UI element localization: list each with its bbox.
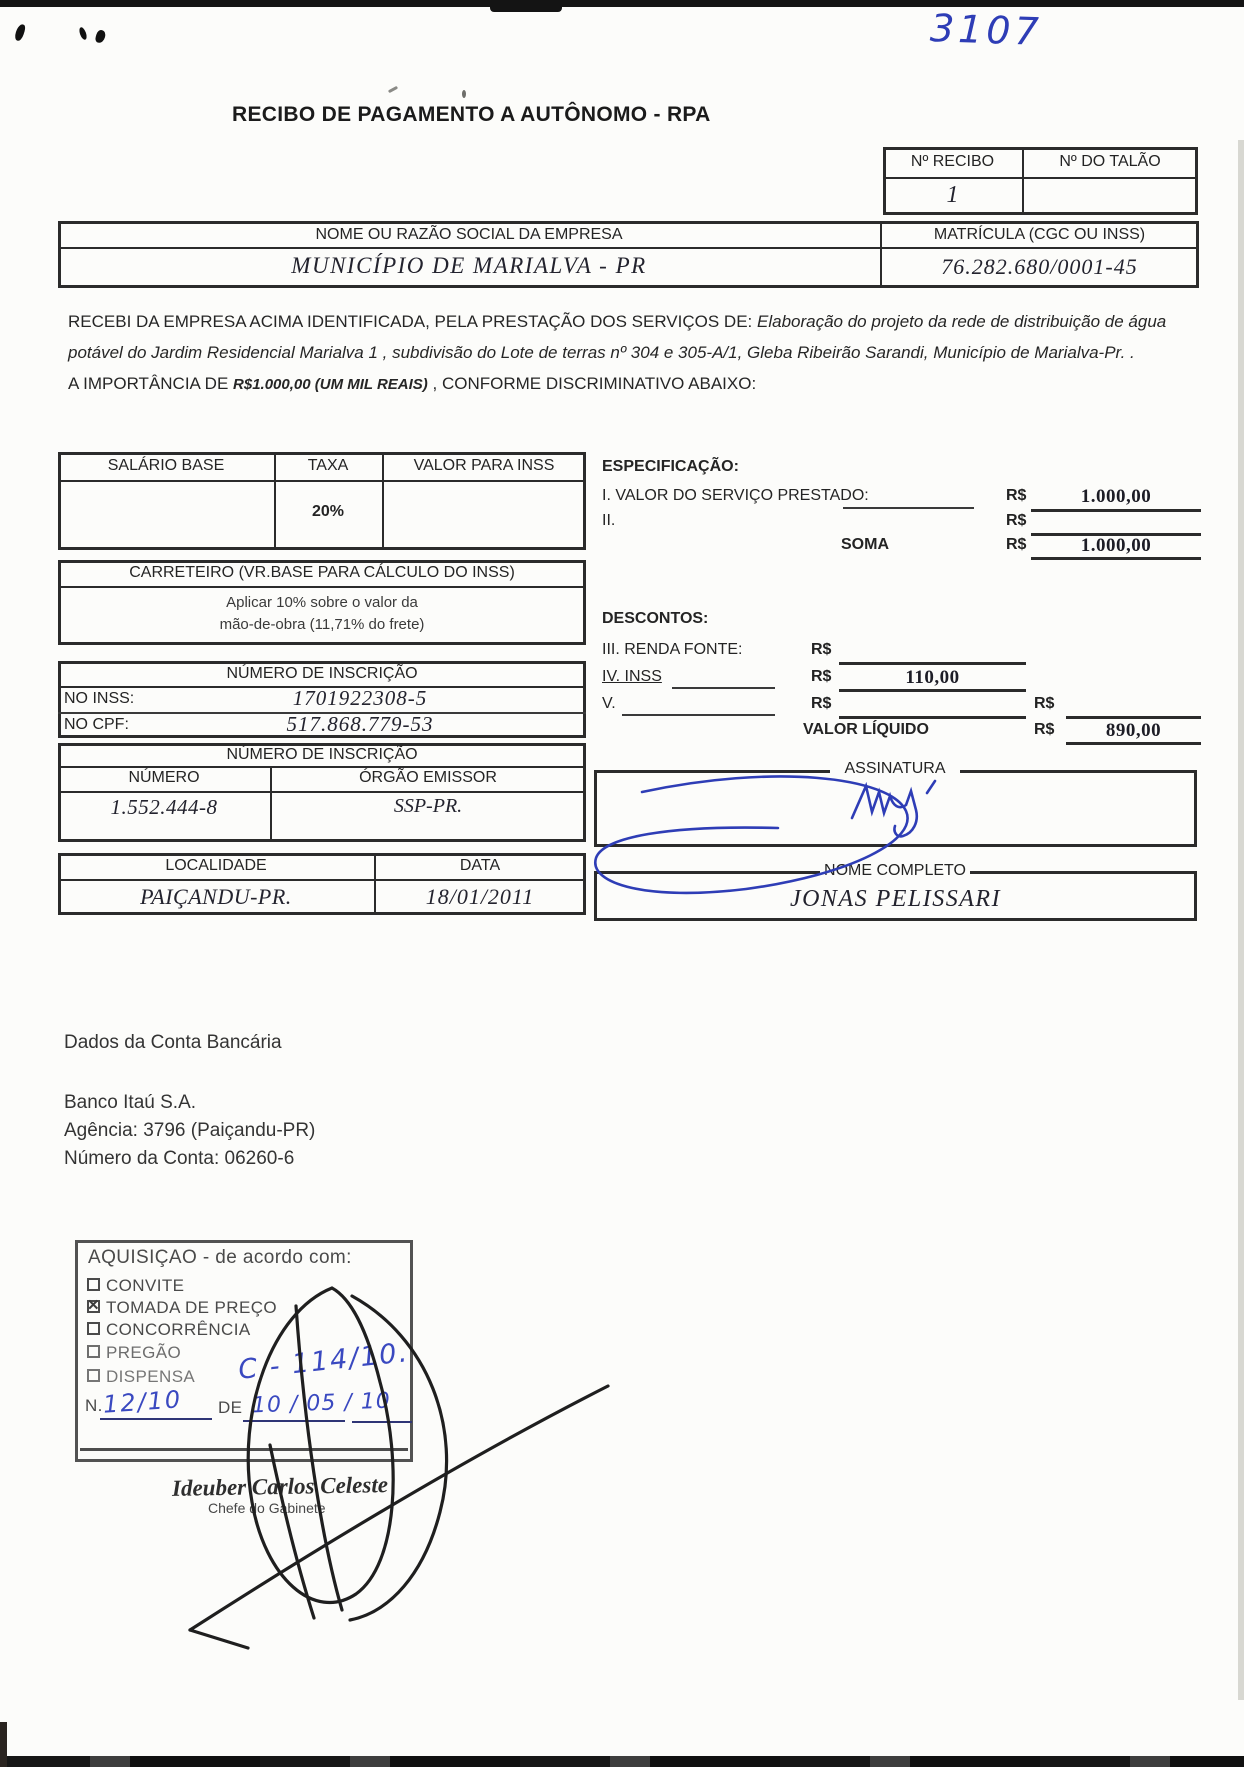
recibo-number-label: Nº RECIBO bbox=[886, 153, 1019, 171]
checkbox-tomada-de-preco: ✕ bbox=[87, 1300, 100, 1313]
statement-line-2: potável do Jardim Residencial Marialva 1… bbox=[68, 343, 1188, 363]
checkbox-dispensa bbox=[87, 1369, 100, 1382]
no-cpf-value: 517.868.779-53 bbox=[200, 712, 520, 737]
orgao-emissor-header: ÓRGÃO EMISSOR bbox=[273, 769, 583, 787]
checkbox-concorrencia bbox=[87, 1322, 100, 1335]
handwritten-n-value: 12/10 bbox=[102, 1385, 183, 1418]
company-name-value: MUNICÍPIO DE MARIALVA - PR bbox=[61, 253, 877, 279]
soma-value: 1.000,00 bbox=[1031, 535, 1201, 557]
value-line bbox=[839, 716, 1026, 719]
inscricao-inss-header: NÚMERO DE INSCRIÇÃO bbox=[61, 665, 583, 683]
ink-speck bbox=[94, 29, 106, 44]
carreteiro-header: CARRETEIRO (VR.BASE PARA CÁLCULO DO INSS… bbox=[61, 564, 583, 582]
item4-label: IV. INSS bbox=[602, 668, 662, 686]
nome-completo-value: JONAS PELISSARI bbox=[597, 886, 1194, 913]
table-divider bbox=[274, 452, 276, 550]
statement-amount-prefix: A IMPORTÂNCIA DE bbox=[68, 374, 233, 393]
stamp-option-concorrencia: CONCORRÊNCIA bbox=[106, 1320, 251, 1340]
statement-amount-suffix: , CONFORME DISCRIMINATIVO ABAIXO: bbox=[428, 374, 756, 393]
talao-number-label: Nº DO TALÃO bbox=[1025, 153, 1195, 171]
item1-value: 1.000,00 bbox=[1031, 486, 1201, 508]
ink-speck bbox=[78, 26, 88, 40]
stamp-fill-line bbox=[352, 1421, 412, 1423]
value-line bbox=[839, 662, 1026, 665]
handwritten-page-number: 3107 bbox=[929, 6, 1043, 54]
scan-edge-top-blob bbox=[490, 0, 562, 12]
scan-edge-bottom bbox=[0, 1756, 1244, 1767]
ink-speck bbox=[462, 90, 466, 98]
table-divider bbox=[880, 221, 882, 288]
inscricao-rg-header: NÚMERO DE INSCRIÇÃO bbox=[61, 746, 583, 764]
valor-liquido-currency: R$ bbox=[1034, 721, 1054, 739]
item4-currency: R$ bbox=[811, 668, 831, 686]
stamp-header: AQUISIÇAO - de acordo com: bbox=[88, 1247, 352, 1269]
stamp-n-label: N. bbox=[85, 1396, 103, 1416]
stamp-inner-line bbox=[80, 1448, 408, 1451]
scan-edge-right-strip bbox=[1238, 140, 1244, 1700]
nome-completo-label: NOME COMPLETO bbox=[820, 862, 970, 880]
value-line bbox=[1031, 557, 1201, 560]
localidade-header: LOCALIDADE bbox=[61, 857, 371, 875]
stamp-de-label: DE bbox=[218, 1398, 242, 1418]
especificacao-title: ESPECIFICAÇÃO: bbox=[602, 458, 739, 476]
taxa-header: TAXA bbox=[277, 457, 379, 475]
table-divider bbox=[1022, 147, 1024, 215]
stamp-option-convite: CONVITE bbox=[106, 1276, 184, 1296]
table-divider bbox=[58, 879, 586, 881]
item2-label: II. bbox=[602, 512, 615, 530]
table-divider bbox=[58, 586, 586, 588]
matricula-label: MATRÍCULA (CGC OU INSS) bbox=[883, 226, 1196, 244]
orgao-emissor-value: SSP-PR. bbox=[273, 795, 583, 818]
item5-currency-2: R$ bbox=[1034, 695, 1054, 713]
statement-service-1: Elaboração do projeto da rede de distrib… bbox=[757, 312, 1166, 331]
table-divider bbox=[382, 452, 384, 550]
stamp-option-dispensa: DISPENSA bbox=[106, 1367, 195, 1387]
statement-line-1: RECEBI DA EMPRESA ACIMA IDENTIFICADA, PE… bbox=[68, 312, 1178, 332]
value-line bbox=[839, 689, 1026, 692]
blank-line bbox=[622, 714, 775, 716]
stamp-option-pregao: PREGÃO bbox=[106, 1343, 181, 1363]
statement-line-3: A IMPORTÂNCIA DE R$1.000,00 (UM MIL REAI… bbox=[68, 374, 1178, 394]
item2-currency: R$ bbox=[1006, 512, 1026, 530]
stamp-fill-line bbox=[100, 1418, 212, 1420]
data-header: DATA bbox=[377, 857, 583, 875]
table-divider bbox=[883, 177, 1198, 179]
checkbox-mark: ✕ bbox=[87, 1296, 100, 1314]
ink-speck bbox=[388, 86, 398, 93]
no-inss-value: 1701922308-5 bbox=[200, 686, 520, 711]
table-divider bbox=[58, 766, 586, 768]
assinatura-box bbox=[594, 770, 1197, 847]
carreteiro-note-1: Aplicar 10% sobre o valor da bbox=[61, 594, 583, 611]
valor-liquido-value: 890,00 bbox=[1066, 720, 1201, 742]
salario-base-header: SALÁRIO BASE bbox=[61, 457, 271, 475]
stamp-signer-name: Ideuber Carlos Celeste bbox=[172, 1472, 388, 1502]
numero-value: 1.552.444-8 bbox=[61, 795, 267, 820]
numero-header: NÚMERO bbox=[61, 769, 267, 787]
scan-edge-bottom-left bbox=[0, 1722, 7, 1767]
stamp-fill-line bbox=[243, 1420, 345, 1422]
stamp-signer-title: Chefe do Gabinete bbox=[208, 1500, 326, 1516]
scanned-receipt-page: 3107 RECIBO DE PAGAMENTO A AUTÔNOMO - RP… bbox=[0, 0, 1244, 1767]
taxa-value: 20% bbox=[277, 503, 379, 521]
blank-line bbox=[843, 507, 974, 509]
soma-label: SOMA bbox=[841, 536, 889, 554]
checkbox-convite bbox=[87, 1278, 100, 1291]
page-title: RECIBO DE PAGAMENTO A AUTÔNOMO - RPA bbox=[232, 103, 711, 127]
item5-currency: R$ bbox=[811, 695, 831, 713]
value-line bbox=[1066, 742, 1201, 745]
soma-currency: R$ bbox=[1006, 536, 1026, 554]
item1-currency: R$ bbox=[1006, 487, 1026, 505]
localidade-value: PAIÇANDU-PR. bbox=[61, 884, 371, 910]
statement-amount: R$1.000,00 (UM MIL REAIS) bbox=[233, 376, 428, 393]
table-divider bbox=[58, 791, 586, 793]
blank-line bbox=[672, 687, 775, 689]
company-name-label: NOME OU RAZÃO SOCIAL DA EMPRESA bbox=[61, 226, 877, 244]
item1-label: I. VALOR DO SERVIÇO PRESTADO: bbox=[602, 487, 869, 505]
bank-data-title: Dados da Conta Bancária bbox=[64, 1032, 282, 1054]
valor-liquido-label: VALOR LÍQUIDO bbox=[803, 721, 929, 739]
carreteiro-note-2: mão-de-obra (11,71% do frete) bbox=[61, 616, 583, 633]
bank-agency: Agência: 3796 (Paiçandu-PR) bbox=[64, 1120, 315, 1142]
no-cpf-label: NO CPF: bbox=[64, 716, 129, 734]
item4-label-text: IV. INSS bbox=[602, 668, 662, 685]
table-divider bbox=[374, 853, 376, 915]
checkbox-pregao bbox=[87, 1345, 100, 1358]
stamp-option-tomada: TOMADA DE PREÇO bbox=[106, 1298, 277, 1318]
scan-edge-top bbox=[0, 0, 1244, 7]
recibo-number-value: 1 bbox=[886, 182, 1019, 209]
valor-inss-header: VALOR PARA INSS bbox=[385, 457, 583, 475]
table-divider bbox=[58, 480, 586, 482]
no-inss-label: NO INSS: bbox=[64, 690, 134, 708]
matricula-value: 76.282.680/0001-45 bbox=[883, 254, 1196, 280]
item3-label: III. RENDA FONTE: bbox=[602, 641, 742, 659]
statement-intro: RECEBI DA EMPRESA ACIMA IDENTIFICADA, PE… bbox=[68, 312, 757, 331]
ink-speck bbox=[14, 23, 27, 42]
item5-label: V. bbox=[602, 695, 616, 713]
bank-name: Banco Itaú S.A. bbox=[64, 1092, 196, 1114]
bank-account: Número da Conta: 06260-6 bbox=[64, 1148, 294, 1170]
descontos-title: DESCONTOS: bbox=[602, 610, 708, 628]
data-value: 18/01/2011 bbox=[377, 884, 583, 910]
handwritten-date: 10 / 05 / 10 bbox=[252, 1389, 392, 1419]
item3-currency: R$ bbox=[811, 641, 831, 659]
table-divider bbox=[270, 766, 272, 842]
value-line bbox=[1066, 716, 1201, 719]
item4-value: 110,00 bbox=[839, 667, 1026, 689]
assinatura-label: ASSINATURA bbox=[830, 760, 960, 778]
value-line bbox=[1031, 509, 1201, 512]
table-divider bbox=[58, 247, 1199, 249]
